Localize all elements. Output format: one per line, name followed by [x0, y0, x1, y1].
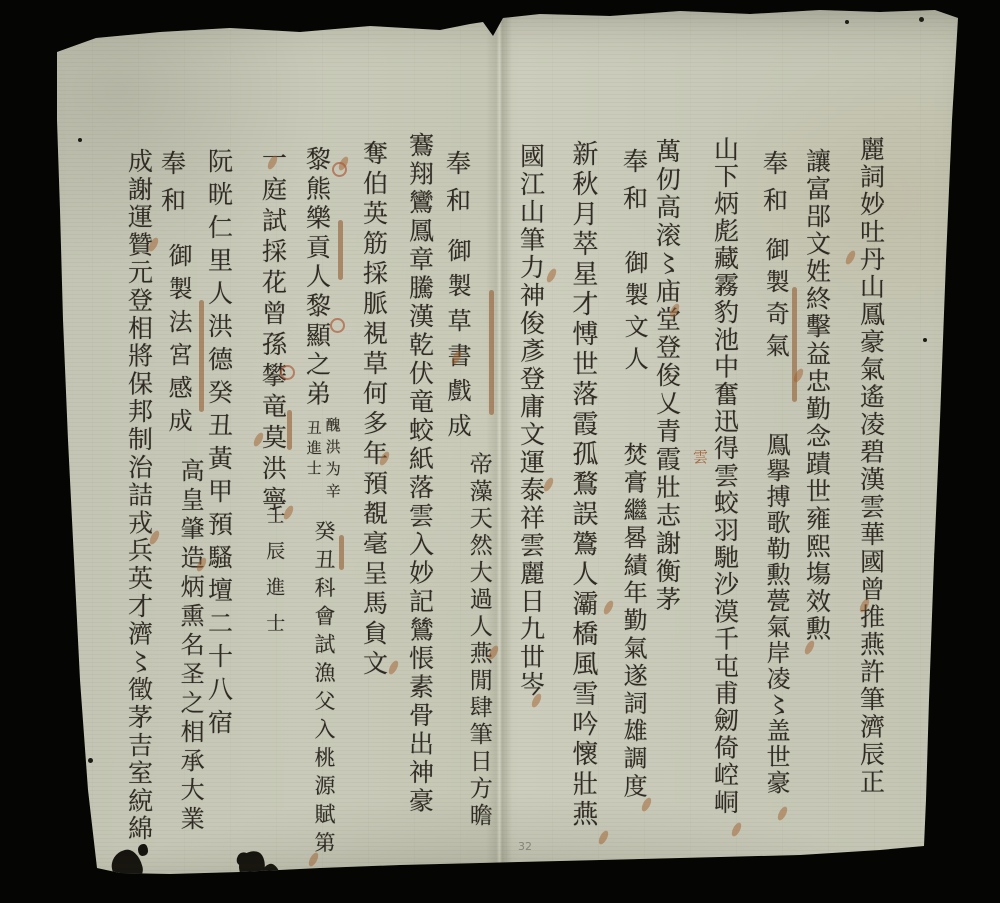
text-column-r6c: 焚膏繼晷績年勤氣遂詞雄調度	[621, 442, 645, 801]
ink-speck	[88, 758, 93, 763]
ink-speck	[941, 574, 944, 577]
text-column-l7: 奉和	[160, 150, 185, 224]
text-column-r7: 新秋月萃星才愽世落霞孤鶩誤鷟人灞橋風雪吟懷壯燕	[570, 140, 596, 830]
ink-speck	[845, 20, 849, 24]
text-column-r8: 國江山筆力神俊彥登庸文運泰祥雲麗日九丗岑	[519, 143, 544, 699]
manuscript-page: 麗詞妙吐丹山鳳豪氣遙凌碧漢雲華國曾推燕許筆濟辰正讓富郘文姓終擊益忠勤念蹟世雍熙塲…	[0, 0, 1000, 903]
red-correction-stroke	[339, 535, 344, 570]
red-reading-circle	[330, 318, 345, 333]
text-column-l6: 阮晄仁里人洪德癸丑黃甲預騷壇二十八宿	[207, 148, 232, 742]
red-ink-smudge	[776, 805, 789, 822]
ink-speck	[936, 766, 940, 770]
red-correction-stroke	[792, 287, 797, 402]
text-column-l1: 奉和	[445, 150, 470, 224]
red-ink-smudge	[602, 599, 615, 616]
red-ink-smudge	[545, 267, 558, 284]
photograph-background: 麗詞妙吐丹山鳳豪氣遙凌碧漢雲華國曾推燕許筆濟辰正讓富郘文姓終擊益忠勤念蹟世雍熙塲…	[0, 0, 1000, 903]
text-column-r3: 奉和	[762, 150, 787, 224]
text-column-l4d: 癸丑科會試漁父入桃源賦第	[313, 520, 334, 860]
text-column-r2: 讓富郘文姓終擊益忠勤念蹟世雍熙塲效勲	[805, 148, 830, 643]
ink-speck	[923, 338, 927, 342]
red-ink-smudge	[844, 249, 857, 266]
text-column-l4a: 黎熊樂貢人黎顯之弟	[305, 146, 330, 410]
text-column-r5: 萬仞高滚〻庙堂登俊乂青霞壯志謝衡茅	[655, 138, 680, 614]
text-column-l3: 奪伯英筋採脈視草何多年預覩毫呈馬貟文	[362, 140, 387, 680]
red-reading-circle	[332, 162, 347, 177]
text-column-r6: 奉和	[622, 148, 647, 222]
text-column-l5b: 壬辰進士	[264, 505, 283, 649]
red-reading-circle	[280, 365, 295, 380]
text-column-l8: 成謝運贊元登相將保邦制治詰戎兵英才濟〻徵茅吉室綂綿	[127, 148, 152, 843]
ink-speck	[934, 553, 937, 556]
text-column-l5: 一庭試採花曾孫攀竜莫洪寧	[261, 145, 286, 517]
text-column-f1: 帝藻天然大過人燕閒肆筆日方曕	[467, 452, 490, 830]
red-correction-stroke	[287, 410, 292, 450]
red-ink-smudge	[730, 821, 743, 838]
red-correction-stroke	[489, 290, 494, 415]
pencil-page-number: 32	[518, 840, 532, 853]
text-column-l4b: 醜洪为辛	[325, 417, 340, 505]
ink-speck	[78, 138, 82, 142]
ink-speck	[944, 812, 948, 816]
red-correction-stroke	[338, 220, 343, 280]
ink-speck	[919, 17, 924, 22]
text-column-l7c: 高皇肇造炳熏名圣之相承大業	[178, 458, 202, 835]
text-column-l4c: 丑進士	[306, 420, 321, 480]
red-ink-smudge	[597, 829, 610, 846]
ink-blot	[138, 844, 148, 856]
text-column-r3c: 鳯擧搏歌勒勲甍氣岸凌〻盖世豪	[764, 432, 788, 796]
text-column-r4: 山下炳彪藏霧豹池中奮迅得雲蛟羽馳沙漠千屯甫劒倚崆峒	[713, 136, 738, 816]
red-correction-stroke	[199, 300, 204, 412]
text-column-r6b: 御製文人	[622, 250, 646, 378]
text-column-r3b: 御製奇氣	[763, 237, 787, 365]
text-column-r1: 麗詞妙吐丹山鳳豪氣遙凌碧漢雲華國曾推燕許筆濟辰正	[859, 136, 884, 796]
red-interlinear-character: 雲	[692, 449, 707, 464]
text-column-l2: 鶱翔鸞鳳章騰漢乾伏竜蛟紙落雲入妙記鷥悵素骨出神豪	[408, 132, 433, 816]
text-column-l7b: 御製法宮感成	[166, 243, 190, 441]
text-column-l1b: 御製草書戲成	[445, 238, 469, 448]
